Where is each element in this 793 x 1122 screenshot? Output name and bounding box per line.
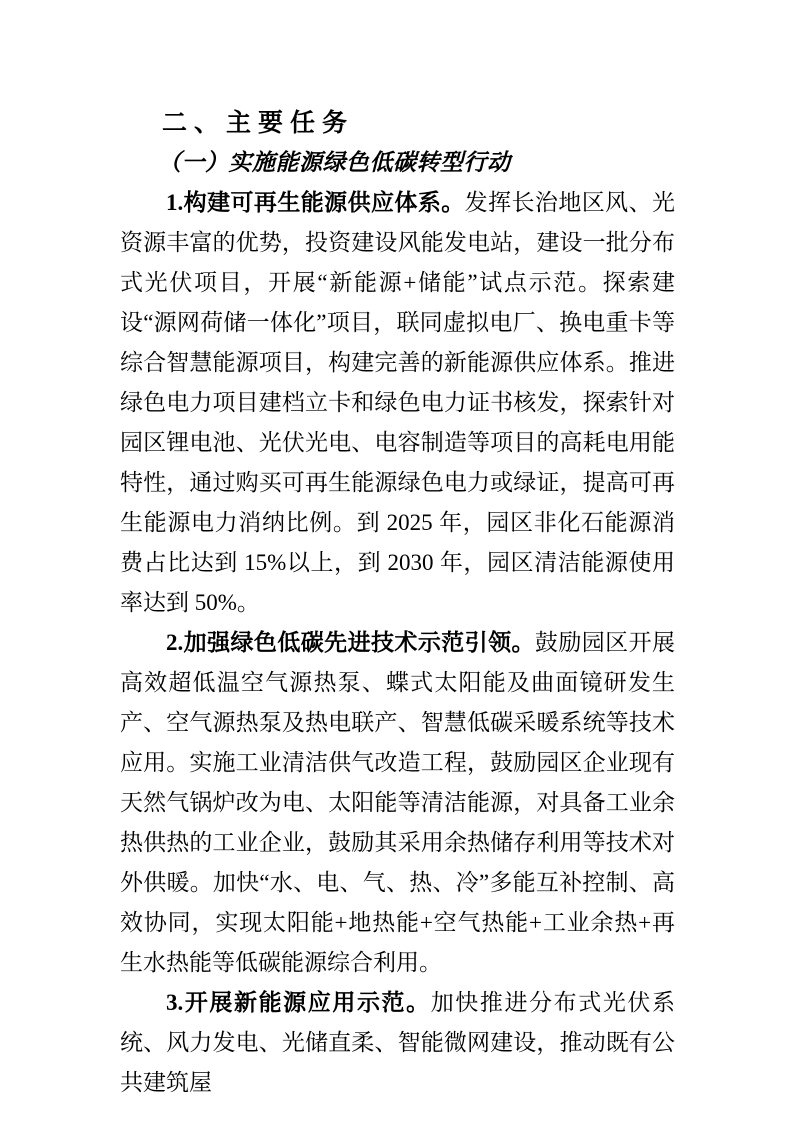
paragraph-3: 3.开展新能源应用示范。加快推进分布式光伏系统、风力发电、光储直柔、智能微网建设… [120, 983, 675, 1103]
paragraph-1-lead: 1.构建可再生能源供应体系。 [166, 190, 465, 215]
paragraph-1-body: 发挥长治地区风、光资源丰富的优势，投资建设风能发电站，建设一批分布式光伏项目，开… [120, 190, 675, 615]
paragraph-2-lead: 2.加强绿色低碳先进技术示范引领。 [166, 630, 535, 655]
subsection-heading: （一）实施能源绿色低碳转型行动 [120, 143, 675, 183]
paragraph-2: 2.加强绿色低碳先进技术示范引领。鼓励园区开展高效超低温空气源热泵、蝶式太阳能及… [120, 623, 675, 983]
paragraph-3-lead: 3.开展新能源应用示范。 [166, 990, 431, 1015]
section-heading: 二、主要任务 [120, 103, 675, 143]
document-page: 二、主要任务 （一）实施能源绿色低碳转型行动 1.构建可再生能源供应体系。发挥长… [0, 0, 793, 1122]
paragraph-2-body: 鼓励园区开展高效超低温空气源热泵、蝶式太阳能及曲面镜研发生产、空气源热泵及热电联… [120, 630, 675, 975]
paragraph-1: 1.构建可再生能源供应体系。发挥长治地区风、光资源丰富的优势，投资建设风能发电站… [120, 183, 675, 623]
